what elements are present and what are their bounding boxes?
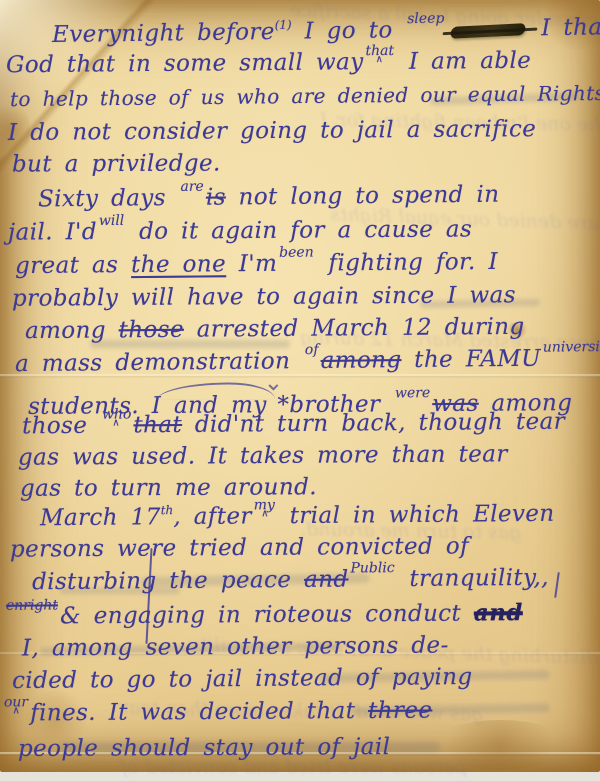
handwritten-text: did'nt turn back, though tear — [182, 409, 565, 438]
handwritten-text: jail. I'd — [8, 219, 97, 246]
handwritten-text: fines. It was decided that — [30, 698, 368, 726]
manuscript-line-2: God that in some small waythat∧ I am abl… — [6, 50, 531, 78]
handwritten-text: God that in some small way — [6, 49, 364, 78]
handwritten-text: disturbing the peace — [32, 567, 304, 595]
inserted-word: who∧ — [102, 407, 132, 421]
handwritten-text: persons were tried and convicted of — [10, 533, 469, 562]
handwritten-text: I am able — [396, 48, 531, 75]
manuscript-line-20: I, among seven other persons de- — [22, 635, 449, 661]
handwritten-text: fighting for. I — [316, 249, 498, 277]
struck-out-word: that — [133, 412, 182, 438]
handwritten-text: a mass demonstration — [15, 348, 303, 377]
manuscript-line-6: Sixty days areis not long to spend in — [38, 184, 500, 212]
struck-out-word: among — [320, 347, 401, 374]
inserted-word: my∧ — [254, 498, 275, 512]
letter-photo: I do not consider going to jail a sacrif… — [0, 0, 600, 781]
handwritten-text: great as — [15, 252, 131, 279]
scribbled-out-word — [449, 23, 525, 39]
manuscript-line-1: Everynight before(1) I go to sleep I tha… — [52, 14, 600, 47]
struck-out-word: and — [304, 566, 349, 592]
superscript-mark: th — [161, 503, 174, 517]
handwritten-text: people should stay out of jail — [18, 734, 390, 762]
handwritten-text: I do not consider going to jail a sacrif… — [8, 116, 536, 146]
handwritten-text: I'm — [226, 251, 277, 277]
inserted-word-struck: enright — [6, 598, 58, 612]
handwritten-text: not long to spend in — [226, 182, 500, 211]
manuscript-line-22: our∧fines. It was decided that three — [2, 699, 433, 725]
handwritten-text: do it again for a cause as — [126, 216, 472, 244]
manuscript-line-18: disturbing the peace andPublic tranquili… — [32, 567, 549, 595]
inserted-word: Public — [350, 561, 394, 575]
heavily-struck-word: and — [474, 599, 523, 626]
insertion-caret: ∧ — [376, 57, 383, 63]
handwritten-text: but a priviledge. — [12, 150, 221, 177]
handwritten-text: the FAMU — [401, 346, 541, 373]
handwritten-text: , after — [173, 503, 252, 530]
struck-out-word: is — [206, 184, 226, 210]
inserted-word: of — [305, 343, 319, 357]
struck-out-word: those — [119, 317, 185, 344]
manuscript-text-layer: Everynight before(1) I go to sleep I tha… — [0, 0, 600, 772]
inserted-word: sleep — [407, 12, 444, 27]
handwritten-text: I thank — [528, 14, 600, 41]
manuscript-line-9: probably will have to again since I was — [12, 284, 516, 311]
manuscript-line-23: people should stay out of jail — [18, 736, 390, 761]
inserted-word: were — [395, 386, 430, 400]
inserted-word: our∧ — [4, 695, 28, 709]
manuscript-line-4: I do not consider going to jail a sacrif… — [8, 118, 536, 145]
handwritten-text: Sixty days — [38, 185, 179, 212]
manuscript-line-21: cided to go to jail instead of paying — [12, 666, 473, 693]
manuscript-line-19: enright& engaging in rioteous conduct an… — [4, 601, 523, 629]
handwritten-text: probably will have to again since I was — [12, 282, 516, 312]
handwritten-text: I go to — [292, 17, 406, 45]
manuscript-line-11: a mass demonstration ofamong the FAMUuni… — [15, 347, 600, 376]
handwritten-text: cided to go to jail instead of paying — [12, 664, 473, 694]
letter-paper: I do not consider going to jail a sacrif… — [0, 0, 600, 772]
handwritten-text: & engaging in rioteous conduct — [60, 601, 474, 630]
inserted-word: university — [543, 340, 600, 355]
manuscript-line-8: great as the one I'mbeen fighting for. I — [15, 251, 498, 278]
manuscript-line-13: those who∧that did'nt turn back, though … — [22, 411, 565, 439]
manuscript-line-3: to help those of us who are denied our e… — [10, 83, 600, 109]
insertion-caret: ∧ — [112, 421, 119, 427]
manuscript-line-7: jail. I'dwill do it again for a cause as — [8, 218, 472, 244]
handwritten-text: arrested March 12 during — [184, 314, 525, 343]
insertion-caret: ∧ — [261, 512, 268, 518]
insertion-caret: ∧ — [12, 709, 19, 715]
manuscript-line-10: among those arrested March 12 during — [25, 316, 525, 343]
manuscript-line-17: persons were tried and convicted of — [10, 535, 469, 561]
handwritten-text: among — [25, 317, 119, 344]
manuscript-line-14: gas was used. It takes more than tear — [18, 443, 508, 469]
handwritten-text: to help those of us who are denied our e… — [10, 81, 600, 111]
inserted-word: are — [180, 180, 203, 194]
handwritten-text: trial in which Eleven — [277, 501, 555, 529]
inserted-word: will — [99, 214, 125, 228]
handwritten-text: Everynight before — [52, 19, 275, 48]
transposition-arrow — [157, 382, 275, 400]
superscript-mark: (1) — [275, 18, 292, 32]
handwritten-text: March 17 — [40, 504, 161, 531]
handwritten-text: gas was used. It takes more than tear — [18, 441, 508, 470]
inserted-word: been — [279, 246, 314, 260]
handwritten-text: those — [22, 413, 100, 440]
underlined-word: the one — [131, 251, 226, 278]
struck-out-word: three — [368, 697, 432, 723]
manuscript-line-16: March 17th, aftermy∧ trial in which Elev… — [40, 501, 555, 530]
manuscript-line-5: but a priviledge. — [12, 152, 221, 176]
inserted-word: that∧ — [365, 44, 394, 58]
handwritten-text: I, among seven other persons de- — [22, 633, 449, 662]
handwritten-text: tranquility,, — [397, 565, 549, 592]
